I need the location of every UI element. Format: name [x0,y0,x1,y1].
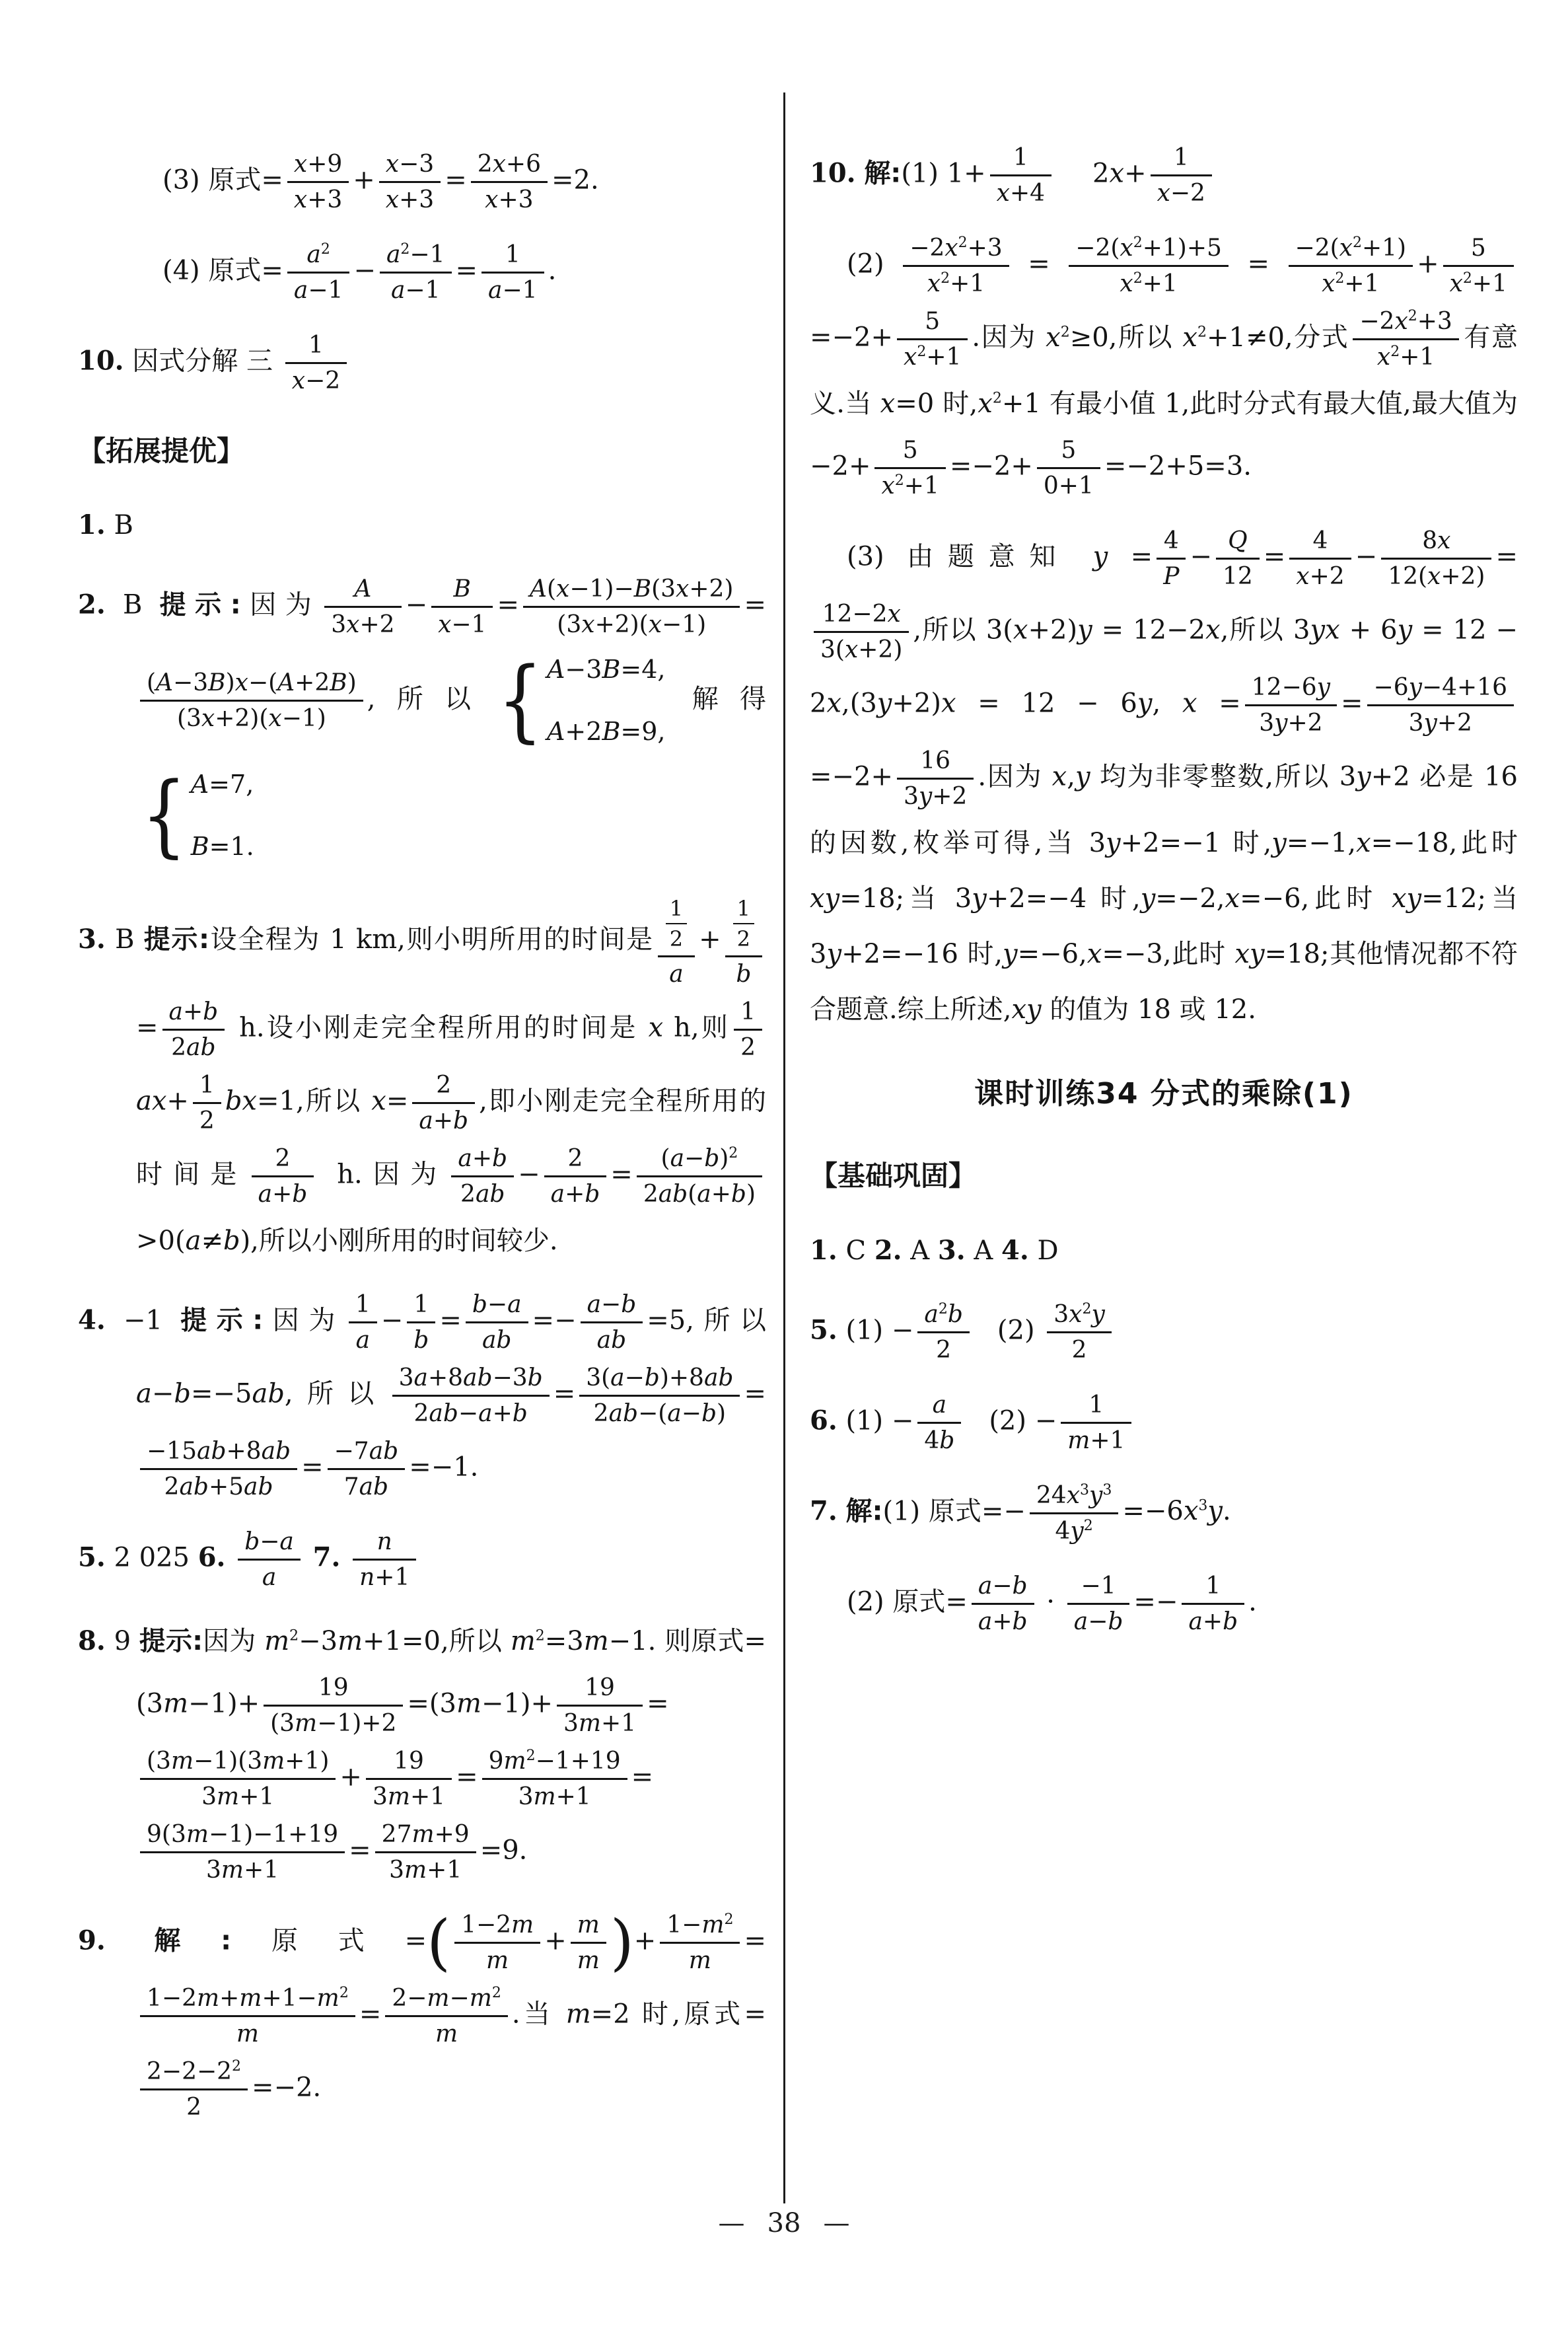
math-variable: x [1427,563,1441,590]
math-run: 3 [1259,710,1274,737]
fraction-numerator: −2(x2+1) [1289,233,1413,267]
math-run: = [445,165,467,196]
math-run: =0 [895,388,934,419]
math-variable: n [377,1528,392,1555]
fraction-denominator: 2 [193,1104,221,1136]
math-variable: y [1207,1496,1223,1526]
math-run: x2≥0 [1046,322,1109,353]
math-run: +6 [506,151,541,178]
math-variable: b [1223,1608,1238,1635]
math-variable: a [488,277,502,304]
math-run: . [1248,1586,1257,1617]
math-run: + [544,1926,567,1956]
math-run: +2) [689,575,733,603]
text-run [225,1543,234,1573]
text-run: 有最小值 1,此时分式有最大值,最大值为 [1041,388,1518,419]
math-run: =−2. [252,2073,321,2103]
text-run: ,所以小刚所用的时间较少. [250,1226,557,1256]
text-run [304,1543,313,1573]
math-variable: ab [609,1400,639,1427]
math-run: 3 [331,611,346,638]
math-run: − [1190,542,1212,572]
math-run: . [1248,1586,1257,1617]
math-fraction: a−ba+b [972,1571,1034,1637]
math-run: 19 [394,1748,424,1775]
math-variable: x [1120,235,1133,262]
math-run: +1) [1362,235,1406,262]
math-run: (3 [177,705,201,732]
math-run: − [625,1364,645,1391]
fraction-numerator: −1 [1067,1571,1130,1605]
math-variable: x [1120,270,1133,297]
math-run: − [892,1405,914,1436]
math-variable: x [880,388,896,419]
math-run: −6 [1374,674,1409,701]
label-text: 提示: [144,924,209,955]
math-fraction: nn+1 [353,1527,416,1592]
math-variable: m [264,1626,289,1656]
superscript: 2 [1082,1301,1091,1317]
math-run: x2+1 [978,388,1041,419]
math-fraction: 3x2y2 [1047,1300,1112,1365]
math-run: x=−18 [1356,828,1449,858]
math-run: 3 [1339,762,1356,792]
math-run: +2 [1371,762,1410,792]
math-run: +1=0 [363,1626,441,1656]
math-run: xy=18 [810,883,896,914]
math-variable: B [454,575,471,603]
text-run: (4) 原式 [162,256,261,286]
math-run: − [353,256,376,286]
math-run: x=0 [880,388,935,419]
math-variable: x [1339,235,1353,262]
math-run: =−18 [1371,828,1449,858]
text-run: B [106,590,160,620]
text-run: (2) [997,1315,1043,1345]
text-run: h,则 [663,1013,730,1043]
math-run: y=−1 [1271,828,1347,858]
math-run: = [744,1379,766,1409]
math-run: 3y+2 [1339,762,1410,792]
math-run: = [744,1999,766,2030]
math-run: x = [1182,688,1241,719]
math-run: 1 [1013,144,1028,171]
math-run: = [497,590,519,620]
fraction-denominator: 3y+2 [1367,706,1514,738]
math-run: 8 [1422,527,1437,554]
math-variable: x [1069,1301,1082,1328]
math-variable: x [371,1086,386,1117]
fraction-denominator: 3m+1 [482,1780,627,1812]
superscript: 3 [1198,1498,1207,1514]
paragraph: 1. B [78,498,766,553]
fraction-numerator: (a−b)2 [637,1144,762,1177]
math-run: ( [547,575,556,603]
fraction-numerator: 12 [658,894,695,957]
math-fraction: 1a [349,1290,377,1355]
footer-dash-right: — [823,2208,849,2238]
item-number: 6. [810,1405,837,1436]
math-variable: a [610,1364,624,1391]
math-run: 3 [955,883,972,914]
math-run: + [992,1608,1012,1635]
math-run: =1 [257,1086,296,1117]
math-run: − [1035,1405,1057,1436]
math-run: + [353,165,375,196]
math-fraction: A(x−1)−B(3x+2)(3x+2)(x−1) [523,574,740,640]
math-variable: m [171,1748,194,1775]
label-text: 提示: [139,1626,203,1656]
math-variable: x [649,1013,664,1043]
math-run: 3 [1053,1301,1069,1328]
superscript: 2 [1335,270,1344,287]
fraction-denominator: x2+1 [874,469,945,501]
superscript: 2 [939,1301,948,1317]
math-variable: x [1110,159,1125,189]
math-variable: ab [597,1327,627,1354]
fraction-numerator: a2−1 [380,240,452,274]
text-run: C [837,1236,874,1266]
math-run: 12 [1223,563,1253,590]
page-number: 38 [767,2208,801,2238]
math-run: = [386,1086,409,1117]
paragraph: 7. 解:(1) 原式=−24x3y34y2=−6x3y. [810,1477,1518,1550]
text-run: ,此时 [1301,883,1392,914]
fraction-numerator: 3a+8ab−3b [392,1363,550,1397]
math-variable: m [197,1985,219,2012]
math-run: bx=1 [225,1086,296,1117]
text-run: 时, [1221,828,1271,858]
math-run: −1)+ [481,1689,553,1719]
math-run: 2 [568,1145,583,1172]
math-variable: A [156,669,173,696]
item-number: 6. [198,1542,226,1573]
fraction-denominator: 2ab [451,1177,514,1209]
math-run: 1 [1205,1572,1221,1600]
text-run: ,所以 [686,1306,766,1336]
math-run: =7, [209,770,254,799]
fraction-denominator: x+3 [379,183,441,215]
fraction-numerator: 5 [874,435,945,469]
math-run: + [634,1926,657,1956]
math-run: 3 [201,1783,217,1810]
math-fraction: a2b2 [917,1300,970,1365]
math-run: =2 [591,1999,630,2030]
math-run: + [1124,159,1147,189]
big-paren: ) [610,1907,634,1978]
math-run: +1− [262,1985,316,2012]
fraction-denominator: 2 [140,2090,248,2122]
math-run: − [684,1145,704,1172]
fraction-numerator: 9m2−1+19 [482,1746,627,1780]
math-variable: y [1271,828,1287,858]
fraction-denominator: a−1 [380,274,452,305]
superscript: 2 [941,270,950,287]
math-run: =3 [545,1626,584,1656]
math-variable: ab [659,1181,688,1208]
math-run: −3 [493,1364,528,1391]
math-run: −3 [399,151,434,178]
fraction-numerator: −2x2+3 [903,233,1009,267]
math-run: = [1013,249,1065,279]
math-run: +2) [1441,563,1485,590]
math-variable: x [1437,527,1450,554]
math-fraction: 12 [666,895,687,952]
math-run: y=−2,x=−6 [1141,883,1301,914]
math-variable: x [1205,615,1221,646]
math-run: + 6 [1340,615,1398,646]
item-number: 5. [810,1314,837,1345]
math-run: 3 [373,1783,388,1810]
fraction-denominator: 3m+1 [140,1780,336,1812]
math-run: +1) [285,1748,329,1775]
math-run: = [1232,249,1285,279]
math-variable: m [503,1748,526,1775]
text-run: A [902,1236,938,1266]
item-number: 3. [78,924,106,955]
math-run: = [261,165,283,196]
math-variable: x [438,611,451,638]
math-variable: a [978,1572,992,1600]
math-variable: ab [244,1473,273,1500]
equation-row: A−3B=4, [547,644,666,696]
math-run: − [892,1405,914,1436]
fraction-denominator: (3x+2)(x−1) [523,608,740,640]
math-run: − [260,1528,279,1555]
math-variable: a [136,1379,152,1409]
math-run: −1 [451,611,486,638]
label-text: 【基础巩固】 [810,1160,976,1192]
fraction-denominator: 12(x+2) [1381,560,1491,591]
math-variable: x [887,601,900,628]
math-variable: A [354,575,371,603]
text-run: 2 025 [106,1543,198,1573]
math-run: − [458,1400,478,1427]
text-run: (2) [989,1405,1034,1436]
math-run: = [456,1762,478,1792]
math-run: +1≠0 [1207,322,1285,353]
math-fraction: a2−1a−1 [380,240,452,305]
math-run: − [682,1400,701,1427]
fraction-numerator: 3(a−b)+8ab [579,1363,740,1397]
math-variable: A [530,575,547,603]
fraction-numerator: 1 [285,330,347,364]
math-run: −1 [410,241,445,268]
math-run: −( [638,1400,667,1427]
math-fraction: 1−2m+m+1−m2m [140,1983,355,2049]
math-run: + [711,1181,731,1208]
math-variable: y [1424,710,1437,737]
math-run: m2=3m−1. [511,1626,657,1656]
text-run: 设全程为 1 km,则小明所用的时间是 [209,924,654,955]
math-run: 1 [355,1291,371,1318]
fraction-numerator: −15ab+8ab [140,1436,297,1470]
math-run: =−6, [1018,939,1087,969]
math-run: 2−2−2 [147,2058,232,2085]
math-run: −2 [909,235,944,262]
fraction-numerator: 1−2m+m+1−m2 [140,1983,355,2017]
math-run: = [456,1762,478,1792]
text-run: (2) 原式 [847,1586,945,1617]
math-variable: x [1394,308,1408,335]
text-run: (1) [837,1315,892,1345]
math-run: +1 [244,1857,279,1884]
column-divider [783,92,785,2203]
equation-system: {A=7,B=1. [141,758,254,873]
equation-row: B=1. [191,821,254,873]
superscript: 3 [1080,1482,1089,1498]
math-run: −3 [565,655,602,684]
label-text: 解: [864,159,901,189]
math-run: +2=−1 [1121,828,1221,858]
math-run: 1 [413,1291,429,1318]
fraction-numerator: 3x2y [1047,1300,1112,1333]
math-run: 5 [1061,437,1076,464]
text-run: ,此时 [1449,828,1518,858]
text-run: 时, [934,388,978,419]
math-run: 2 [199,1107,215,1134]
math-variable: m [1067,1427,1090,1454]
fraction-numerator: −2x2+3 [1353,307,1458,340]
math-variable: x [386,151,399,178]
math-run: =5 [647,1306,686,1336]
math-run: + [544,1926,567,1956]
superscript: 2 [724,1911,733,1928]
math-run: = [553,1379,576,1409]
math-run: 7 [344,1473,359,1500]
math-variable: a [1188,1608,1202,1635]
math-run: = [261,256,283,286]
math-run: 3 [389,1857,404,1884]
text-run: ,所以 [913,615,985,646]
math-variable: b [731,1181,746,1208]
math-fraction: 2x+6x+3 [471,149,548,215]
math-run: −1 [502,277,537,304]
fraction-numerator: −2(x2+1)+5 [1069,233,1229,267]
math-run: 3 [206,1857,221,1884]
math-run: − [518,1160,540,1190]
math-fraction: (3m−1)(3m+1)3m+1 [140,1746,336,1812]
math-fraction: 1−2mm [454,1910,540,1975]
fraction-denominator: 2 [666,924,687,952]
math-run: 1 [308,332,324,359]
math-run: = [1341,688,1363,719]
superscript: 3 [1102,1482,1112,1498]
fraction-numerator: B [431,574,493,608]
math-variable: xy [1392,883,1421,914]
math-run: = [136,1013,159,1043]
math-run: +2)( [215,705,268,732]
fraction-denominator: m [571,1944,606,1975]
math-fraction: b−aa [238,1527,301,1592]
math-fraction: 1x+4 [990,143,1051,208]
math-run: =−1. [409,1452,478,1483]
math-run: =(3 [407,1689,456,1719]
math-run: = [647,1689,669,1719]
math-run: 2 [460,1181,476,1208]
math-run: ) [240,1226,251,1256]
math-run: − [892,1315,914,1345]
math-variable: x [1182,688,1197,719]
math-run: +9 [435,1821,470,1848]
math-variable: m [689,1947,711,1974]
fraction-denominator: b [725,957,762,989]
superscript: 2 [492,1985,501,2001]
math-variable: B [330,669,347,696]
math-run: =− [532,1306,577,1336]
math-run: =−2+ [950,451,1033,482]
math-run: 3y+2=−1 [1089,828,1221,858]
math-run: −1) [282,705,326,732]
text-run: 解得 [671,684,767,714]
math-run: =−2+5=3. [1104,451,1252,482]
math-variable: x [1450,270,1463,297]
math-variable: ab [359,1473,389,1500]
math-run: +2 [1310,563,1345,590]
math-variable: b [621,1291,636,1318]
fraction-denominator: x+2 [1289,560,1351,591]
fraction-numerator: 1 [1182,1571,1244,1605]
fraction-denominator: a [658,957,695,989]
fraction-numerator: 2 [412,1070,475,1104]
label-text: 提示: [160,590,241,620]
math-run: 5 [1471,235,1486,262]
math-variable: B [602,655,620,684]
math-run: + [219,1985,239,2012]
math-run: + [1417,249,1439,279]
math-fraction: 2−m−m2m [385,1983,508,2049]
math-run: +8 [227,1438,262,1465]
math-run: −15 [147,1438,197,1465]
text-run: .因为 [972,322,1046,353]
fraction-numerator: a+b [162,997,225,1031]
fraction-numerator: 1−m2 [660,1910,740,1944]
math-fraction: Bx−1 [431,574,493,640]
math-run: =9, [620,717,665,746]
math-run: 2 [643,1181,659,1208]
fraction-numerator: 12−2x [814,599,909,633]
math-variable: x [201,705,215,732]
fraction-denominator: x+3 [471,183,548,215]
math-run: = [1495,542,1518,572]
math-run: =−5 [191,1379,252,1409]
text-run: ,所以 [1109,322,1183,353]
math-variable: m [566,1999,591,2030]
math-variable: ab [482,1327,512,1354]
math-fraction: 1−m2m [660,1910,740,1975]
math-run: = 12−2 [1092,615,1205,646]
math-run: m2−3m+1=0 [264,1626,441,1656]
math-fraction: 4P [1157,526,1186,591]
text-run: (3) 原式 [162,165,261,196]
fraction-denominator: 2 [1047,1333,1112,1365]
math-variable: b [1108,1608,1123,1635]
item-number: 1. [810,1235,837,1266]
fraction-numerator: 5 [1443,233,1514,267]
fraction-numerator: x−3 [379,149,441,183]
fraction-numerator: 16 [897,746,974,780]
math-run: =−2+5=3. [1104,451,1252,482]
superscript: 2 [289,1628,299,1644]
text-run: (1) [837,1405,892,1436]
math-run: , [1067,762,1075,792]
math-run: +3 [307,186,342,213]
math-run: +2 [1287,710,1322,737]
left-brace-icon: { [497,656,543,745]
math-run: =− [1133,1586,1178,1617]
math-run: − [406,590,428,620]
math-variable: x [845,636,858,663]
